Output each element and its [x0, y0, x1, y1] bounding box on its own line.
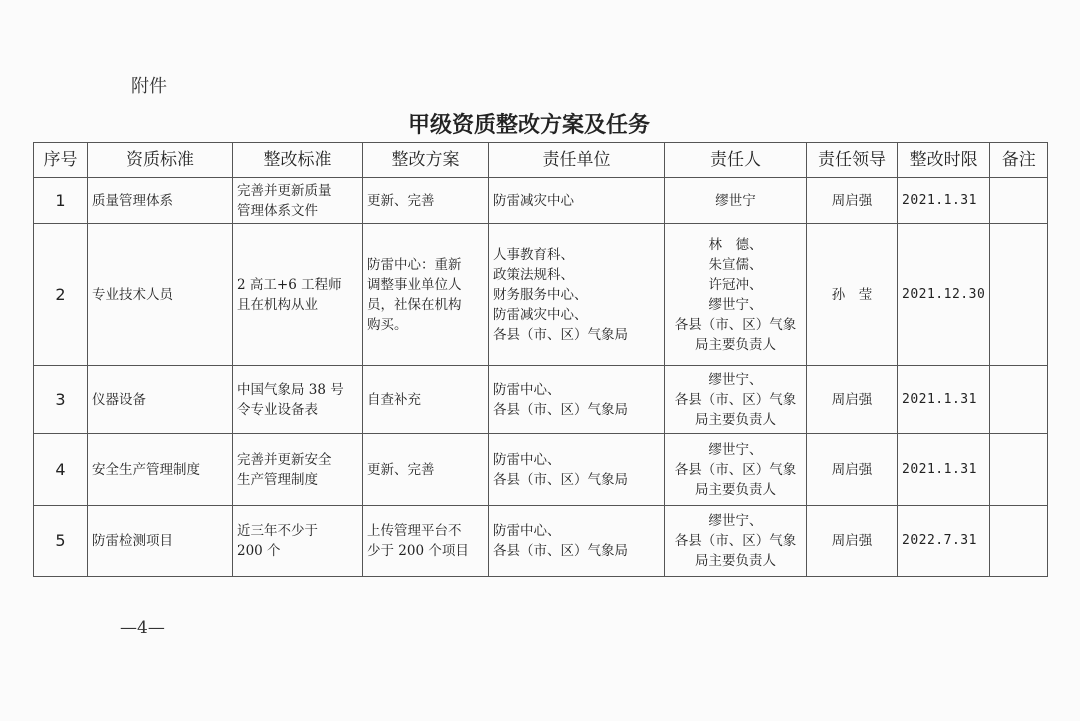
cell-standard-line: 200 个 — [237, 541, 358, 561]
cell-unit-line: 防雷中心、 — [493, 380, 660, 400]
cell-plan-line: 调整事业单位人 — [367, 275, 484, 295]
header-standard: 整改标准 — [233, 143, 363, 178]
cell-standard-line: 管理体系文件 — [237, 201, 358, 221]
cell-person-line: 各县（市、区）气象 — [669, 531, 802, 551]
cell-person-line: 局主要负责人 — [669, 551, 802, 571]
cell-remark — [990, 224, 1048, 366]
header-deadline: 整改时限 — [898, 143, 990, 178]
cell-leader: 周启强 — [807, 178, 898, 224]
cell-plan-line: 员，社保在机构 — [367, 295, 484, 315]
cell-unit-line: 防雷减灾中心 — [493, 191, 660, 211]
header-unit: 责任单位 — [489, 143, 665, 178]
cell-plan-line: 购买。 — [367, 315, 484, 335]
cell-leader: 孙 莹 — [807, 224, 898, 366]
cell-person-line: 缪世宁 — [669, 191, 802, 211]
cell-leader: 周启强 — [807, 434, 898, 506]
cell-unit: 防雷减灾中心 — [489, 178, 665, 224]
cell-unit: 防雷中心、各县（市、区）气象局 — [489, 506, 665, 577]
cell-standard: 中国气象局 38 号令专业设备表 — [233, 366, 363, 434]
cell-standard: 近三年不少于200 个 — [233, 506, 363, 577]
cell-plan-line: 自查补充 — [367, 390, 484, 410]
cell-unit-line: 财务服务中心、 — [493, 285, 660, 305]
cell-person-line: 缪世宁、 — [669, 295, 802, 315]
cell-unit-line: 防雷中心、 — [493, 521, 660, 541]
cell-person: 缪世宁、各县（市、区）气象局主要负责人 — [665, 366, 807, 434]
table-row: 2专业技术人员2 高工+6 工程师且在机构从业防雷中心：重新调整事业单位人员，社… — [34, 224, 1048, 366]
cell-person-line: 局主要负责人 — [669, 335, 802, 355]
cell-standard-line: 生产管理制度 — [237, 470, 358, 490]
cell-person-line: 许冠冲、 — [669, 275, 802, 295]
cell-remark — [990, 434, 1048, 506]
table-row: 1质量管理体系完善并更新质量管理体系文件更新、完善防雷减灾中心缪世宁周启强202… — [34, 178, 1048, 224]
cell-person-line: 各县（市、区）气象 — [669, 460, 802, 480]
cell-plan: 更新、完善 — [363, 178, 489, 224]
cell-no: 2 — [34, 224, 88, 366]
rectification-table: 序号 资质标准 整改标准 整改方案 责任单位 责任人 责任领导 整改时限 备注 … — [33, 142, 1048, 577]
cell-standard-line: 且在机构从业 — [237, 295, 358, 315]
cell-person-line: 朱宣儒、 — [669, 255, 802, 275]
cell-plan-line: 更新、完善 — [367, 191, 484, 211]
cell-standard-line: 2 高工+6 工程师 — [237, 275, 358, 295]
cell-deadline: 2022.7.31 — [898, 506, 990, 577]
cell-plan-line: 上传管理平台不 — [367, 521, 484, 541]
cell-unit-line: 各县（市、区）气象局 — [493, 400, 660, 420]
cell-qualification: 安全生产管理制度 — [88, 434, 233, 506]
cell-deadline: 2021.1.31 — [898, 434, 990, 506]
cell-qualification: 防雷检测项目 — [88, 506, 233, 577]
cell-remark — [990, 366, 1048, 434]
cell-no: 5 — [34, 506, 88, 577]
cell-person: 缪世宁、各县（市、区）气象局主要负责人 — [665, 506, 807, 577]
cell-unit: 防雷中心、各县（市、区）气象局 — [489, 366, 665, 434]
cell-standard-line: 近三年不少于 — [237, 521, 358, 541]
cell-standard-line: 中国气象局 38 号 — [237, 380, 358, 400]
page-number: —4— — [120, 618, 165, 638]
cell-qualification: 仪器设备 — [88, 366, 233, 434]
cell-person-line: 各县（市、区）气象 — [669, 315, 802, 335]
cell-unit-line: 政策法规科、 — [493, 265, 660, 285]
header-plan: 整改方案 — [363, 143, 489, 178]
header-no: 序号 — [34, 143, 88, 178]
cell-person-line: 局主要负责人 — [669, 410, 802, 430]
header-remark: 备注 — [990, 143, 1048, 178]
cell-person-line: 缪世宁、 — [669, 370, 802, 390]
cell-deadline: 2021.1.31 — [898, 366, 990, 434]
cell-person-line: 林 德、 — [669, 235, 802, 255]
cell-standard: 2 高工+6 工程师且在机构从业 — [233, 224, 363, 366]
cell-leader: 周启强 — [807, 366, 898, 434]
cell-unit-line: 人事教育科、 — [493, 245, 660, 265]
attachment-label: 附件 — [131, 72, 167, 98]
table-row: 5防雷检测项目近三年不少于200 个上传管理平台不少于 200 个项目防雷中心、… — [34, 506, 1048, 577]
header-leader: 责任领导 — [807, 143, 898, 178]
cell-no: 1 — [34, 178, 88, 224]
cell-unit-line: 防雷中心、 — [493, 450, 660, 470]
cell-person: 缪世宁 — [665, 178, 807, 224]
cell-standard-line: 令专业设备表 — [237, 400, 358, 420]
document-title: 甲级资质整改方案及任务 — [408, 108, 650, 139]
cell-deadline: 2021.1.31 — [898, 178, 990, 224]
cell-no: 4 — [34, 434, 88, 506]
cell-plan: 自查补充 — [363, 366, 489, 434]
cell-unit: 人事教育科、政策法规科、财务服务中心、防雷减灾中心、各县（市、区）气象局 — [489, 224, 665, 366]
cell-leader: 周启强 — [807, 506, 898, 577]
cell-remark — [990, 178, 1048, 224]
cell-unit: 防雷中心、各县（市、区）气象局 — [489, 434, 665, 506]
cell-person-line: 各县（市、区）气象 — [669, 390, 802, 410]
table-row: 3仪器设备中国气象局 38 号令专业设备表自查补充防雷中心、各县（市、区）气象局… — [34, 366, 1048, 434]
cell-remark — [990, 506, 1048, 577]
cell-plan: 更新、完善 — [363, 434, 489, 506]
cell-plan-line: 更新、完善 — [367, 460, 484, 480]
cell-qualification: 质量管理体系 — [88, 178, 233, 224]
cell-deadline: 2021.12.30 — [898, 224, 990, 366]
cell-plan: 上传管理平台不少于 200 个项目 — [363, 506, 489, 577]
cell-person-line: 缪世宁、 — [669, 511, 802, 531]
cell-plan-line: 防雷中心：重新 — [367, 255, 484, 275]
cell-plan-line: 少于 200 个项目 — [367, 541, 484, 561]
cell-plan: 防雷中心：重新调整事业单位人员，社保在机构购买。 — [363, 224, 489, 366]
table-row: 4安全生产管理制度完善并更新安全生产管理制度更新、完善防雷中心、各县（市、区）气… — [34, 434, 1048, 506]
cell-unit-line: 各县（市、区）气象局 — [493, 541, 660, 561]
cell-unit-line: 各县（市、区）气象局 — [493, 470, 660, 490]
cell-person: 林 德、朱宣儒、许冠冲、缪世宁、各县（市、区）气象局主要负责人 — [665, 224, 807, 366]
cell-unit-line: 防雷减灾中心、 — [493, 305, 660, 325]
cell-person: 缪世宁、各县（市、区）气象局主要负责人 — [665, 434, 807, 506]
cell-no: 3 — [34, 366, 88, 434]
table-header-row: 序号 资质标准 整改标准 整改方案 责任单位 责任人 责任领导 整改时限 备注 — [34, 143, 1048, 178]
cell-person-line: 缪世宁、 — [669, 440, 802, 460]
cell-standard-line: 完善并更新质量 — [237, 181, 358, 201]
cell-standard: 完善并更新质量管理体系文件 — [233, 178, 363, 224]
header-person: 责任人 — [665, 143, 807, 178]
cell-person-line: 局主要负责人 — [669, 480, 802, 500]
cell-qualification: 专业技术人员 — [88, 224, 233, 366]
cell-standard: 完善并更新安全生产管理制度 — [233, 434, 363, 506]
cell-unit-line: 各县（市、区）气象局 — [493, 325, 660, 345]
cell-standard-line: 完善并更新安全 — [237, 450, 358, 470]
header-qualification: 资质标准 — [88, 143, 233, 178]
